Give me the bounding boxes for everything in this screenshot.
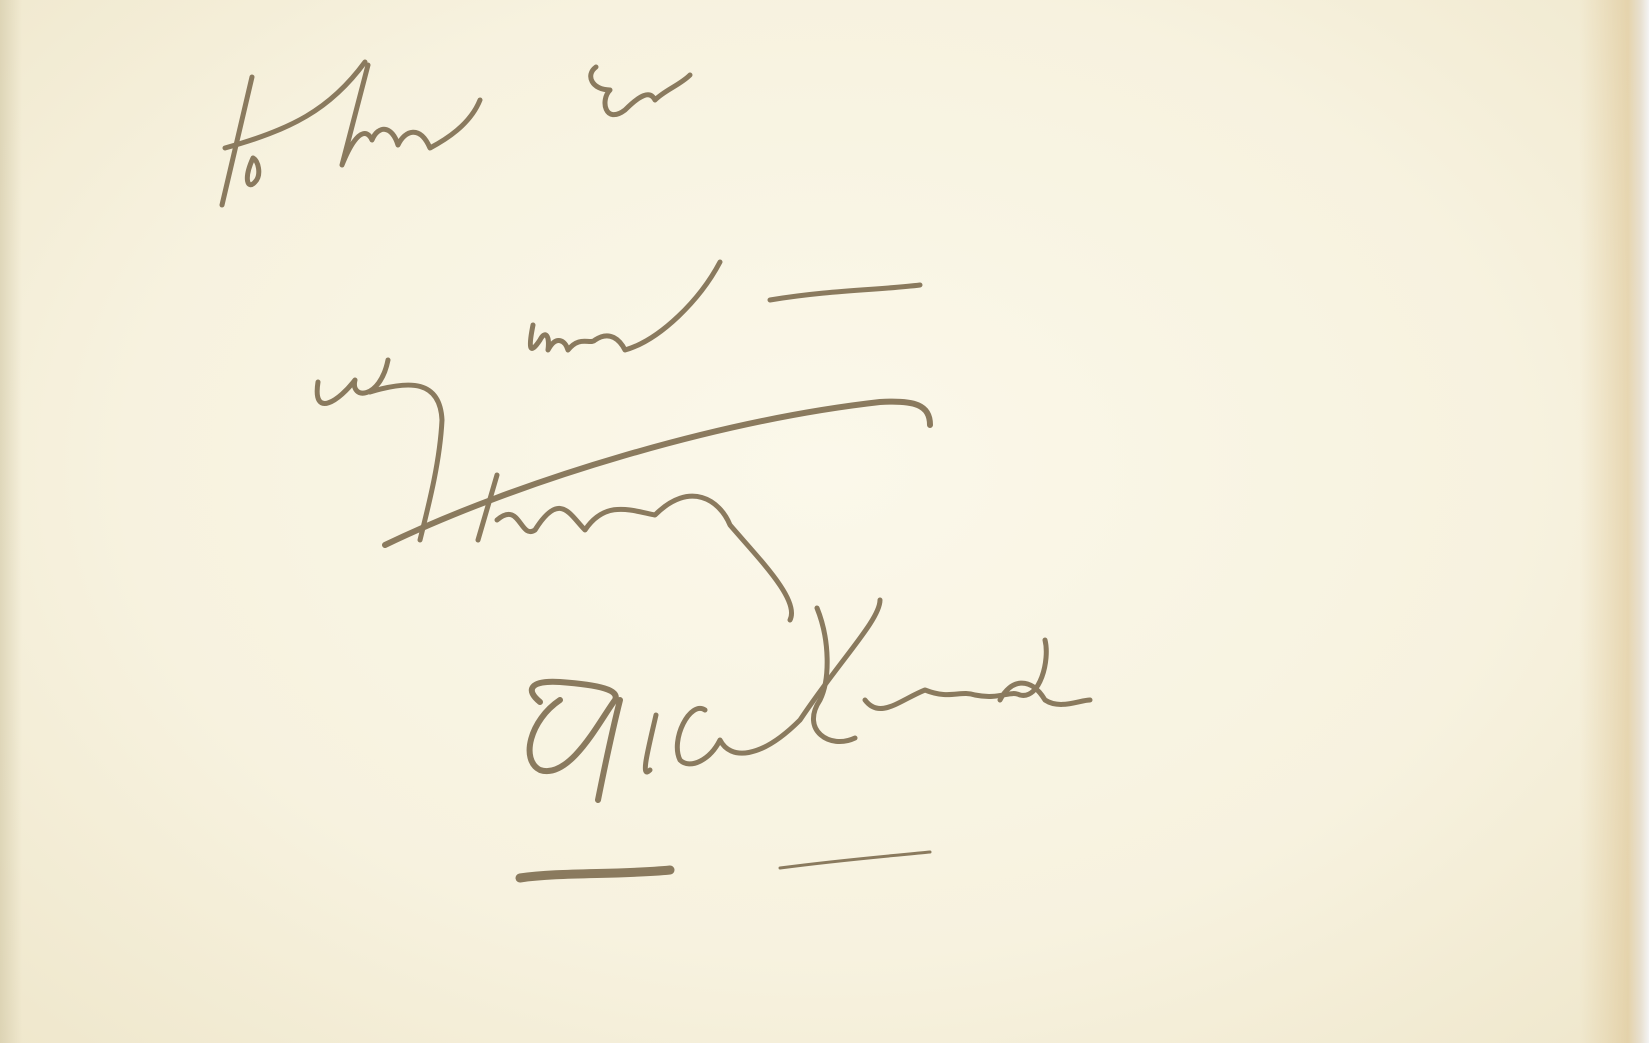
line1-handwriting [222,62,690,205]
manuscript-page: to thank you very much — Truly Oscar Wil… [0,0,1649,1043]
handwriting-strokes [0,0,1649,1043]
line2-handwriting [317,262,920,540]
flourish-underlines [520,852,930,878]
signature-handwriting [530,600,1090,800]
line3-handwriting [385,402,930,620]
